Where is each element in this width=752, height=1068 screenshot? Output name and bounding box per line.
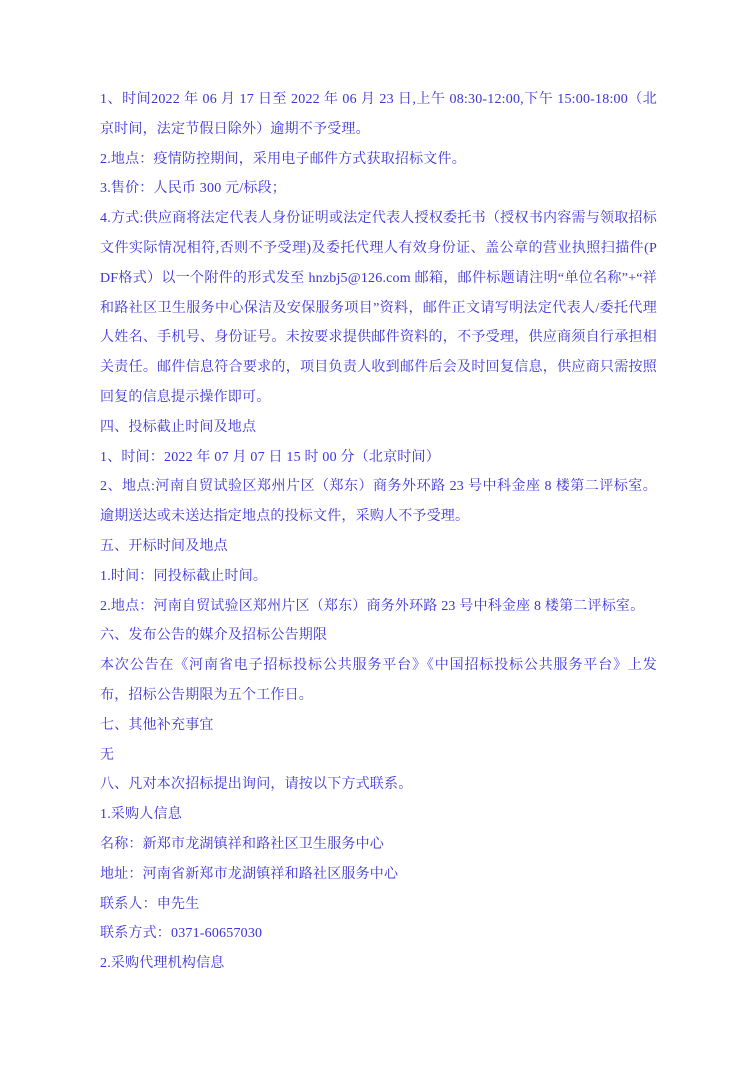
section-heading-other: 七、其他补充事宜: [100, 711, 657, 741]
document-page: 1、时间2022 年 06 月 17 日至 2022 年 06 月 23 日,上…: [100, 85, 657, 979]
section-heading-media: 六、发布公告的媒介及招标公告期限: [100, 621, 657, 651]
section-heading-bid-opening: 五、开标时间及地点: [100, 532, 657, 562]
para-announcement-media: 本次公告在《河南省电子招标投标公共服务平台》《中国招标投标公共服务平台》上发布，…: [100, 651, 657, 711]
para-agency-info-title: 2.采购代理机构信息: [100, 949, 657, 979]
para-other-none: 无: [100, 741, 657, 771]
para-purchaser-info-title: 1.采购人信息: [100, 800, 657, 830]
para-file-price: 3.售价：人民币 300 元/标段；: [100, 174, 657, 204]
para-purchaser-name: 名称：新郑市龙湖镇祥和路社区卫生服务中心: [100, 830, 657, 860]
para-file-obtain-time: 1、时间2022 年 06 月 17 日至 2022 年 06 月 23 日,上…: [100, 85, 657, 145]
para-bid-deadline-time: 1、时间：2022 年 07 月 07 日 15 时 00 分（北京时间）: [100, 443, 657, 473]
section-heading-bid-deadline: 四、投标截止时间及地点: [100, 413, 657, 443]
para-file-obtain-method: 4.方式:供应商将法定代表人身份证明或法定代表人授权委托书（授权书内容需与领取招…: [100, 204, 657, 413]
para-purchaser-address: 地址：河南省新郑市龙湖镇祥和路社区服务中心: [100, 860, 657, 890]
para-bid-deadline-location: 2、地点:河南自贸试验区郑州片区（郑东）商务外环路 23 号中科金座 8 楼第二…: [100, 472, 657, 532]
section-heading-contact: 八、凡对本次招标提出询问，请按以下方式联系。: [100, 770, 657, 800]
para-purchaser-contact: 联系人：申先生: [100, 890, 657, 920]
para-purchaser-phone: 联系方式：0371-60657030: [100, 919, 657, 949]
para-file-obtain-location: 2.地点：疫情防控期间，采用电子邮件方式获取招标文件。: [100, 145, 657, 175]
para-opening-time: 1.时间：同投标截止时间。: [100, 562, 657, 592]
para-opening-location: 2.地点：河南自贸试验区郑州片区（郑东）商务外环路 23 号中科金座 8 楼第二…: [100, 592, 657, 622]
